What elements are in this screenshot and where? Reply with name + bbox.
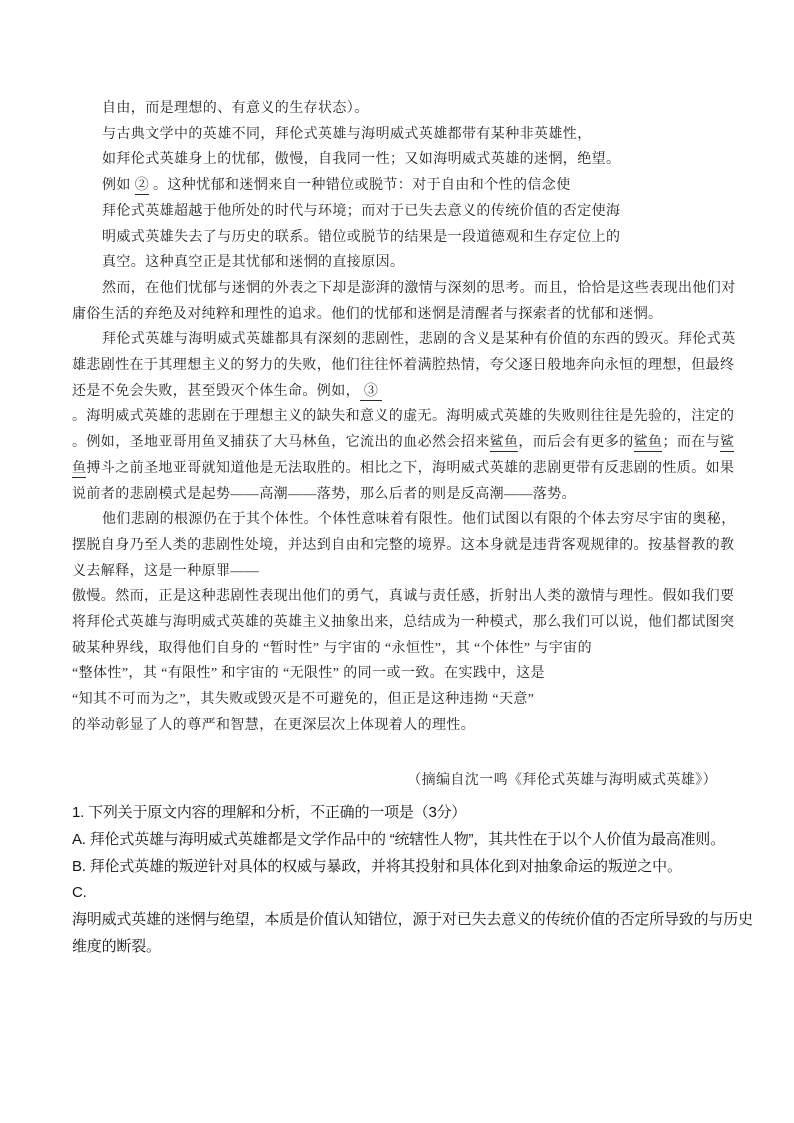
- question-block: 1. 下列关于原文内容的理解和分析，不正确的一项是（3分）A. 拜伦式英雄与海明…: [0, 800, 794, 961]
- passage-line: 傲慢。然而，正是这种悲剧性表现出他们的勇气，真诚与责任感，折射出人类的激情与理性…: [72, 584, 754, 610]
- passage-text: 他们悲剧的根源仍在于其个体性。个体性意味着有限性。他们试图以有限的个体去穷尽宇宙…: [102, 512, 736, 527]
- passage-text: 说前者的悲剧模式是起势——高潮——落势，那么后者的则是反高潮——落势。: [72, 487, 576, 502]
- passage-text: 如拜伦式英雄身上的忧郁，傲慢，自我同一性；又如海明威式英雄的迷惘，绝望。: [102, 152, 620, 167]
- passage-line: 。海明威式英雄的悲剧在于理想主义的缺失和意义的虚无。海明威式英雄的失败则往往是先…: [72, 404, 754, 430]
- passage-text: 摆脱自身乃至人类的悲剧性处境，并达到自由和完整的境界。这本身就是违背客观规律的。…: [72, 538, 734, 553]
- passage-line: 与古典文学中的英雄不同，拜伦式英雄与海明威式英雄都带有某种非英雄性，: [102, 122, 754, 148]
- passage-line: 将拜伦式英雄与海明威式英雄的英雄主义抽象出来，总结成为一种模式，那么我们可以说，…: [72, 610, 754, 636]
- passage-text: 。海明威式英雄的悲剧在于理想主义的缺失和意义的虚无。海明威式英雄的失败则往往是先…: [72, 409, 734, 424]
- passage-line: 例如 ② 。这种忧郁和迷惘来自一种错位或脱节：对于自由和个性的信念使: [102, 173, 754, 199]
- passage-text: 雄悲剧性在于其理想主义的努力的失败，他们往往怀着满腔热情，夸父逐日般地奔向永恒的…: [72, 358, 734, 373]
- document-page: 自由，而是理想的、有意义的生存状态）。与古典文学中的英雄不同，拜伦式英雄与海明威…: [0, 0, 794, 1123]
- passage-text: 。这种忧郁和迷惘来自一种错位或脱节：对于自由和个性的信念使: [149, 178, 571, 193]
- question-line: C.: [72, 880, 760, 907]
- passage-line: 义去解释，这是一种原罪——: [72, 559, 754, 585]
- passage: 自由，而是理想的、有意义的生存状态）。与古典文学中的英雄不同，拜伦式英雄与海明威…: [0, 96, 794, 793]
- passage-text: ，而后会有更多的: [518, 435, 633, 450]
- passage-text: ；而在与: [662, 435, 720, 450]
- passage-line: 拜伦式英雄与海明威式英雄都具有深刻的悲剧性，悲剧的含义是某种有价值的东西的毁灭。…: [102, 327, 754, 353]
- passage-line: 还是不免会失败，甚至毁灭个体生命。例如， ③: [72, 379, 754, 405]
- passage-text: 搏斗之前圣地亚哥就知道他是无法取胜的。相比之下，海明威式英雄的悲剧更带有反悲剧的…: [86, 461, 734, 476]
- passage-text: 与古典文学中的英雄不同，拜伦式英雄与海明威式英雄都带有某种非英雄性，: [102, 127, 592, 142]
- blank-underline: 鲨鱼: [490, 435, 519, 452]
- passage-line: 他们悲剧的根源仍在于其个体性。个体性意味着有限性。他们试图以有限的个体去穷尽宇宙…: [102, 507, 754, 533]
- passage-lines: 自由，而是理想的、有意义的生存状态）。与古典文学中的英雄不同，拜伦式英雄与海明威…: [0, 96, 794, 739]
- passage-line: 雄悲剧性在于其理想主义的努力的失败，他们往往怀着满腔热情，夸父逐日般地奔向永恒的…: [72, 353, 754, 379]
- passage-text: 义去解释，这是一种原罪——: [72, 564, 259, 579]
- passage-line: “知其不可而为之”，其失败或毁灭是不可避免的，但正是这种违拗 “天意”: [72, 687, 754, 713]
- passage-line: 说前者的悲剧模式是起势——高潮——落势，那么后者的则是反高潮——落势。: [72, 482, 754, 508]
- passage-line: 。例如，圣地亚哥用鱼叉捕获了大马林鱼，它流出的血必然会招来鲨鱼，而后会有更多的鲨…: [72, 430, 754, 456]
- passage-text: 明威式英雄失去了与历史的联系。错位或脱节的结果是一段道德观和生存定位上的: [102, 230, 620, 245]
- passage-text: 破某种界线，取得他们自身的 “暂时性” 与宇宙的 “永恒性”，其 “个体性” 与…: [72, 641, 592, 656]
- passage-text: 然而，在他们忧郁与迷惘的外表之下却是澎湃的激情与深刻的思考。而且，恰恰是这些表现…: [102, 281, 736, 296]
- passage-text: 将拜伦式英雄与海明威式英雄的英雄主义抽象出来，总结成为一种模式，那么我们可以说，…: [72, 615, 734, 630]
- question-line: 1. 下列关于原文内容的理解和分析，不正确的一项是（3分）: [72, 800, 760, 827]
- passage-text: 例如: [102, 178, 135, 193]
- passage-line: 摆脱自身乃至人类的悲剧性处境，并达到自由和完整的境界。这本身就是违背客观规律的。…: [72, 533, 754, 559]
- passage-text: 庸俗生活的弃绝及对纯粹和理性的追求。他们的忧郁和迷惘是清醒者与探索者的忧郁和迷惘…: [72, 307, 662, 322]
- passage-text: 自由，而是理想的、有意义的生存状态）。: [102, 101, 369, 116]
- passage-attribution: （摘编自沈一鸣《拜伦式英雄与海明威式英雄》）: [0, 768, 717, 794]
- passage-line: 破某种界线，取得他们自身的 “暂时性” 与宇宙的 “永恒性”，其 “个体性” 与…: [72, 636, 754, 662]
- passage-line: 真空。这种真空正是其忧郁和迷惘的直接原因。: [102, 250, 754, 276]
- passage-text: 拜伦式英雄超越于他所处的时代与环境；而对于已失去意义的传统价值的否定使海: [102, 204, 620, 219]
- blank-underline: 鱼: [72, 461, 86, 478]
- passage-line: 如拜伦式英雄身上的忧郁，傲慢，自我同一性；又如海明威式英雄的迷惘，绝望。: [102, 147, 754, 173]
- passage-text: 拜伦式英雄与海明威式英雄都具有深刻的悲剧性，悲剧的含义是某种有价值的东西的毁灭。…: [102, 332, 736, 347]
- passage-text: 傲慢。然而，正是这种悲剧性表现出他们的勇气，真诚与责任感，折射出人类的激情与理性…: [72, 589, 734, 604]
- question-line: B. 拜伦式英雄的叛逆针对具体的权威与暴政，并将其投射和具体化到对抽象命运的叛逆…: [72, 854, 760, 881]
- passage-line: 的举动彰显了人的尊严和智慧，在更深层次上体现着人的理性。: [72, 713, 754, 739]
- passage-text: “知其不可而为之”，其失败或毁灭是不可避免的，但正是这种违拗 “天意”: [72, 692, 534, 707]
- passage-line: 拜伦式英雄超越于他所处的时代与环境；而对于已失去意义的传统价值的否定使海: [102, 199, 754, 225]
- passage-text: 还是不免会失败，甚至毁灭个体生命。例如，: [72, 384, 360, 399]
- passage-line: 庸俗生活的弃绝及对纯粹和理性的追求。他们的忧郁和迷惘是清醒者与探索者的忧郁和迷惘…: [72, 302, 754, 328]
- blank-underline: ②: [135, 178, 149, 195]
- blank-underline: ③: [360, 384, 382, 401]
- passage-text: 真空。这种真空正是其忧郁和迷惘的直接原因。: [102, 255, 404, 270]
- passage-line: 明威式英雄失去了与历史的联系。错位或脱节的结果是一段道德观和生存定位上的: [102, 225, 754, 251]
- blank-underline: 鲨: [720, 435, 734, 452]
- question-line: 维度的断裂。: [72, 934, 760, 961]
- passage-line: 然而，在他们忧郁与迷惘的外表之下却是澎湃的激情与深刻的思考。而且，恰恰是这些表现…: [102, 276, 754, 302]
- passage-text: 。例如，圣地亚哥用鱼叉捕获了大马林鱼，它流出的血必然会招来: [72, 435, 490, 450]
- question-line: 海明威式英雄的迷惘与绝望，本质是价值认知错位，源于对已失去意义的传统价值的否定所…: [72, 907, 760, 934]
- blank-underline: 鲨鱼: [634, 435, 663, 452]
- passage-text: 的举动彰显了人的尊严和智慧，在更深层次上体现着人的理性。: [72, 718, 475, 733]
- passage-line: “整体性”，其 “有限性” 和宇宙的 “无限性” 的同一或一致。在实践中，这是: [72, 661, 754, 687]
- question-lines: 1. 下列关于原文内容的理解和分析，不正确的一项是（3分）A. 拜伦式英雄与海明…: [0, 800, 794, 961]
- passage-line: 鱼搏斗之前圣地亚哥就知道他是无法取胜的。相比之下，海明威式英雄的悲剧更带有反悲剧…: [72, 456, 754, 482]
- question-line: A. 拜伦式英雄与海明威式英雄都是文学作品中的 “统辖性人物”，其共性在于以个人…: [72, 827, 760, 854]
- passage-line: 自由，而是理想的、有意义的生存状态）。: [102, 96, 754, 122]
- passage-text: “整体性”，其 “有限性” 和宇宙的 “无限性” 的同一或一致。在实践中，这是: [72, 666, 545, 681]
